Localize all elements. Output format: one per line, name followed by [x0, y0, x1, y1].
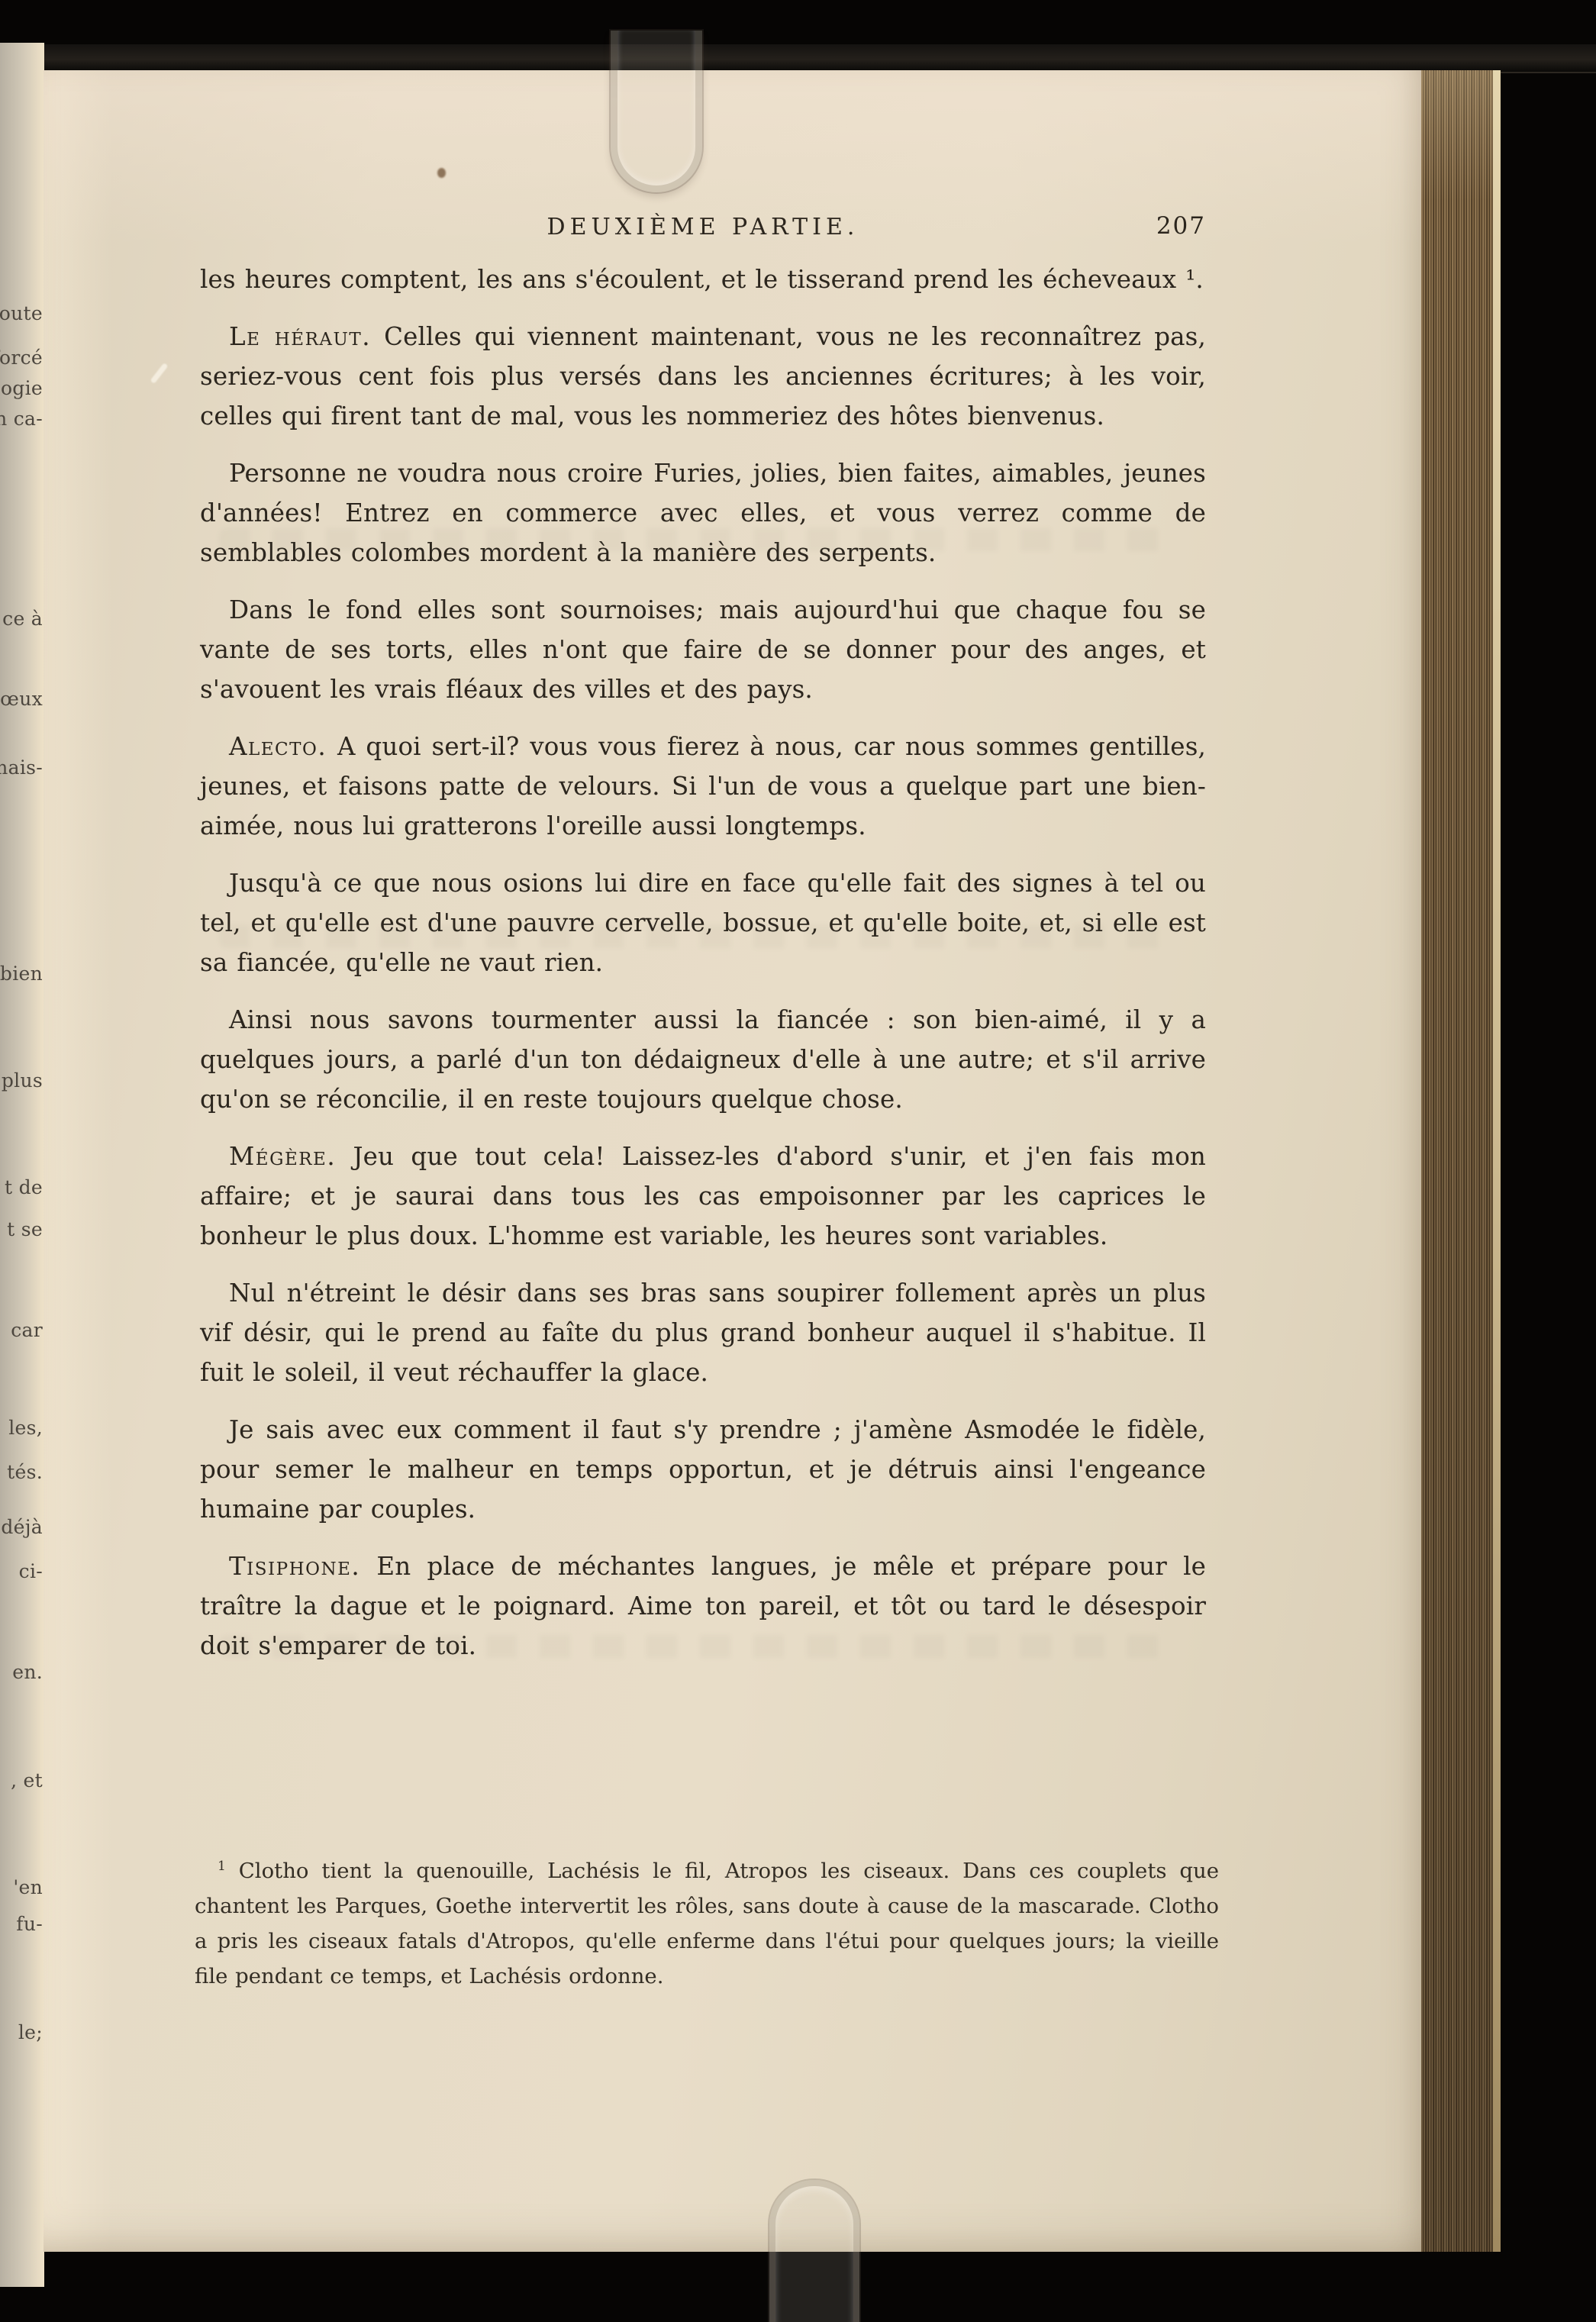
page-fore-edge-highlight	[1493, 70, 1501, 2252]
speaker-label: Alecto.	[229, 732, 327, 761]
page-holder-clip-bottom	[769, 2180, 859, 2322]
paragraph-text: Jeu que tout cela! Laissez-les d'abord s…	[200, 1142, 1206, 1250]
margin-fragment: tés.	[7, 1461, 43, 1483]
paragraph: Mégère. Jeu que tout cela! Laissez-les d…	[200, 1137, 1206, 1256]
footnote-marker: 1	[218, 1859, 226, 1874]
margin-fragment: fu-	[16, 1913, 43, 1935]
margin-fragment: bien	[0, 963, 43, 985]
paragraph: Alecto. A quoi sert-il? vous vous fierez…	[200, 727, 1206, 846]
showthrough-smudge	[219, 925, 1181, 948]
paragraph: les heures comptent, les ans s'écoulent,…	[200, 260, 1206, 299]
margin-fragment: 'en	[13, 1876, 43, 1898]
footnote-body: Clotho tient la quenouille, Lachésis le …	[195, 1859, 1219, 1988]
margin-fragment: on ca-	[0, 408, 43, 430]
paragraph-text: Nul n'étreint le désir dans ses bras san…	[200, 1279, 1206, 1387]
margin-fragment: forcé	[0, 347, 43, 369]
margin-fragment: le;	[18, 2021, 43, 2043]
margin-fragment: t se	[7, 1218, 43, 1240]
speaker-label: Mégère.	[229, 1142, 336, 1171]
paragraph: Je sais avec eux comment il faut s'y pre…	[200, 1410, 1206, 1529]
margin-fragment: déjà	[1, 1516, 43, 1538]
paragraph: Nul n'étreint le désir dans ses bras san…	[200, 1273, 1206, 1392]
page-header: DEUXIÈME PARTIE. 207	[200, 214, 1206, 240]
paragraph: Dans le fond elles sont sournoises; mais…	[200, 590, 1206, 709]
margin-fragment: mais-	[0, 756, 43, 779]
paper-scratch	[150, 363, 169, 384]
margin-fragment: t de	[5, 1176, 43, 1198]
paragraph-text: Jusqu'à ce que nous osions lui dire en f…	[200, 869, 1206, 977]
margin-fragment: vœux	[0, 688, 43, 710]
footnote-text: 1 Clotho tient la quenouille, Lachésis l…	[195, 1849, 1219, 1994]
book-page: DEUXIÈME PARTIE. 207 les heures comptent…	[44, 70, 1421, 2252]
margin-fragment: ologie	[0, 377, 43, 399]
paragraph-text: Dans le fond elles sont sournoises; mais…	[200, 595, 1206, 704]
footnote: 1 Clotho tient la quenouille, Lachésis l…	[195, 1849, 1219, 1994]
paragraph-text: A quoi sert-il? vous vous fierez à nous,…	[200, 732, 1206, 840]
paragraph: Le héraut. Celles qui viennent maintenan…	[200, 317, 1206, 436]
margin-fragment: plus	[2, 1069, 43, 1092]
facing-page-sliver: toute forcé ologie on ca- ce à vœux mais…	[0, 43, 44, 2287]
paragraph-text: les heures comptent, les ans s'écoulent,…	[200, 265, 1204, 294]
section-title: DEUXIÈME PARTIE.	[200, 214, 1206, 240]
showthrough-smudge	[219, 528, 1181, 551]
paragraph-text: Je sais avec eux comment il faut s'y pre…	[200, 1415, 1206, 1524]
page-number: 207	[1156, 212, 1206, 240]
margin-fragment: ce à	[2, 608, 43, 630]
paragraph-text: Ainsi nous savons tourmenter aussi la fi…	[200, 1005, 1206, 1114]
margin-fragment: les,	[8, 1417, 43, 1439]
page-fore-edge	[1421, 70, 1494, 2252]
margin-fragment: en.	[12, 1661, 43, 1683]
margin-fragment: , et	[11, 1769, 43, 1791]
body-text: les heures comptent, les ans s'écoulent,…	[200, 260, 1206, 1683]
margin-fragment: ci-	[19, 1560, 43, 1582]
paragraph: Ainsi nous savons tourmenter aussi la fi…	[200, 1000, 1206, 1119]
speaker-label: Le héraut.	[229, 322, 371, 351]
book-cover-top-edge	[0, 44, 1596, 73]
paragraph: Personne ne voudra nous croire Furies, j…	[200, 453, 1206, 572]
paragraph: Jusqu'à ce que nous osions lui dire en f…	[200, 863, 1206, 982]
margin-fragment: toute	[0, 302, 43, 324]
speaker-label: Tisiphone.	[229, 1552, 360, 1581]
book-photo: { "document": { "header": { "section_tit…	[0, 0, 1596, 2322]
page-holder-clip-top	[611, 31, 702, 192]
margin-fragment: car	[11, 1319, 43, 1341]
paper-speck	[437, 168, 446, 178]
showthrough-smudge	[219, 1635, 1181, 1658]
